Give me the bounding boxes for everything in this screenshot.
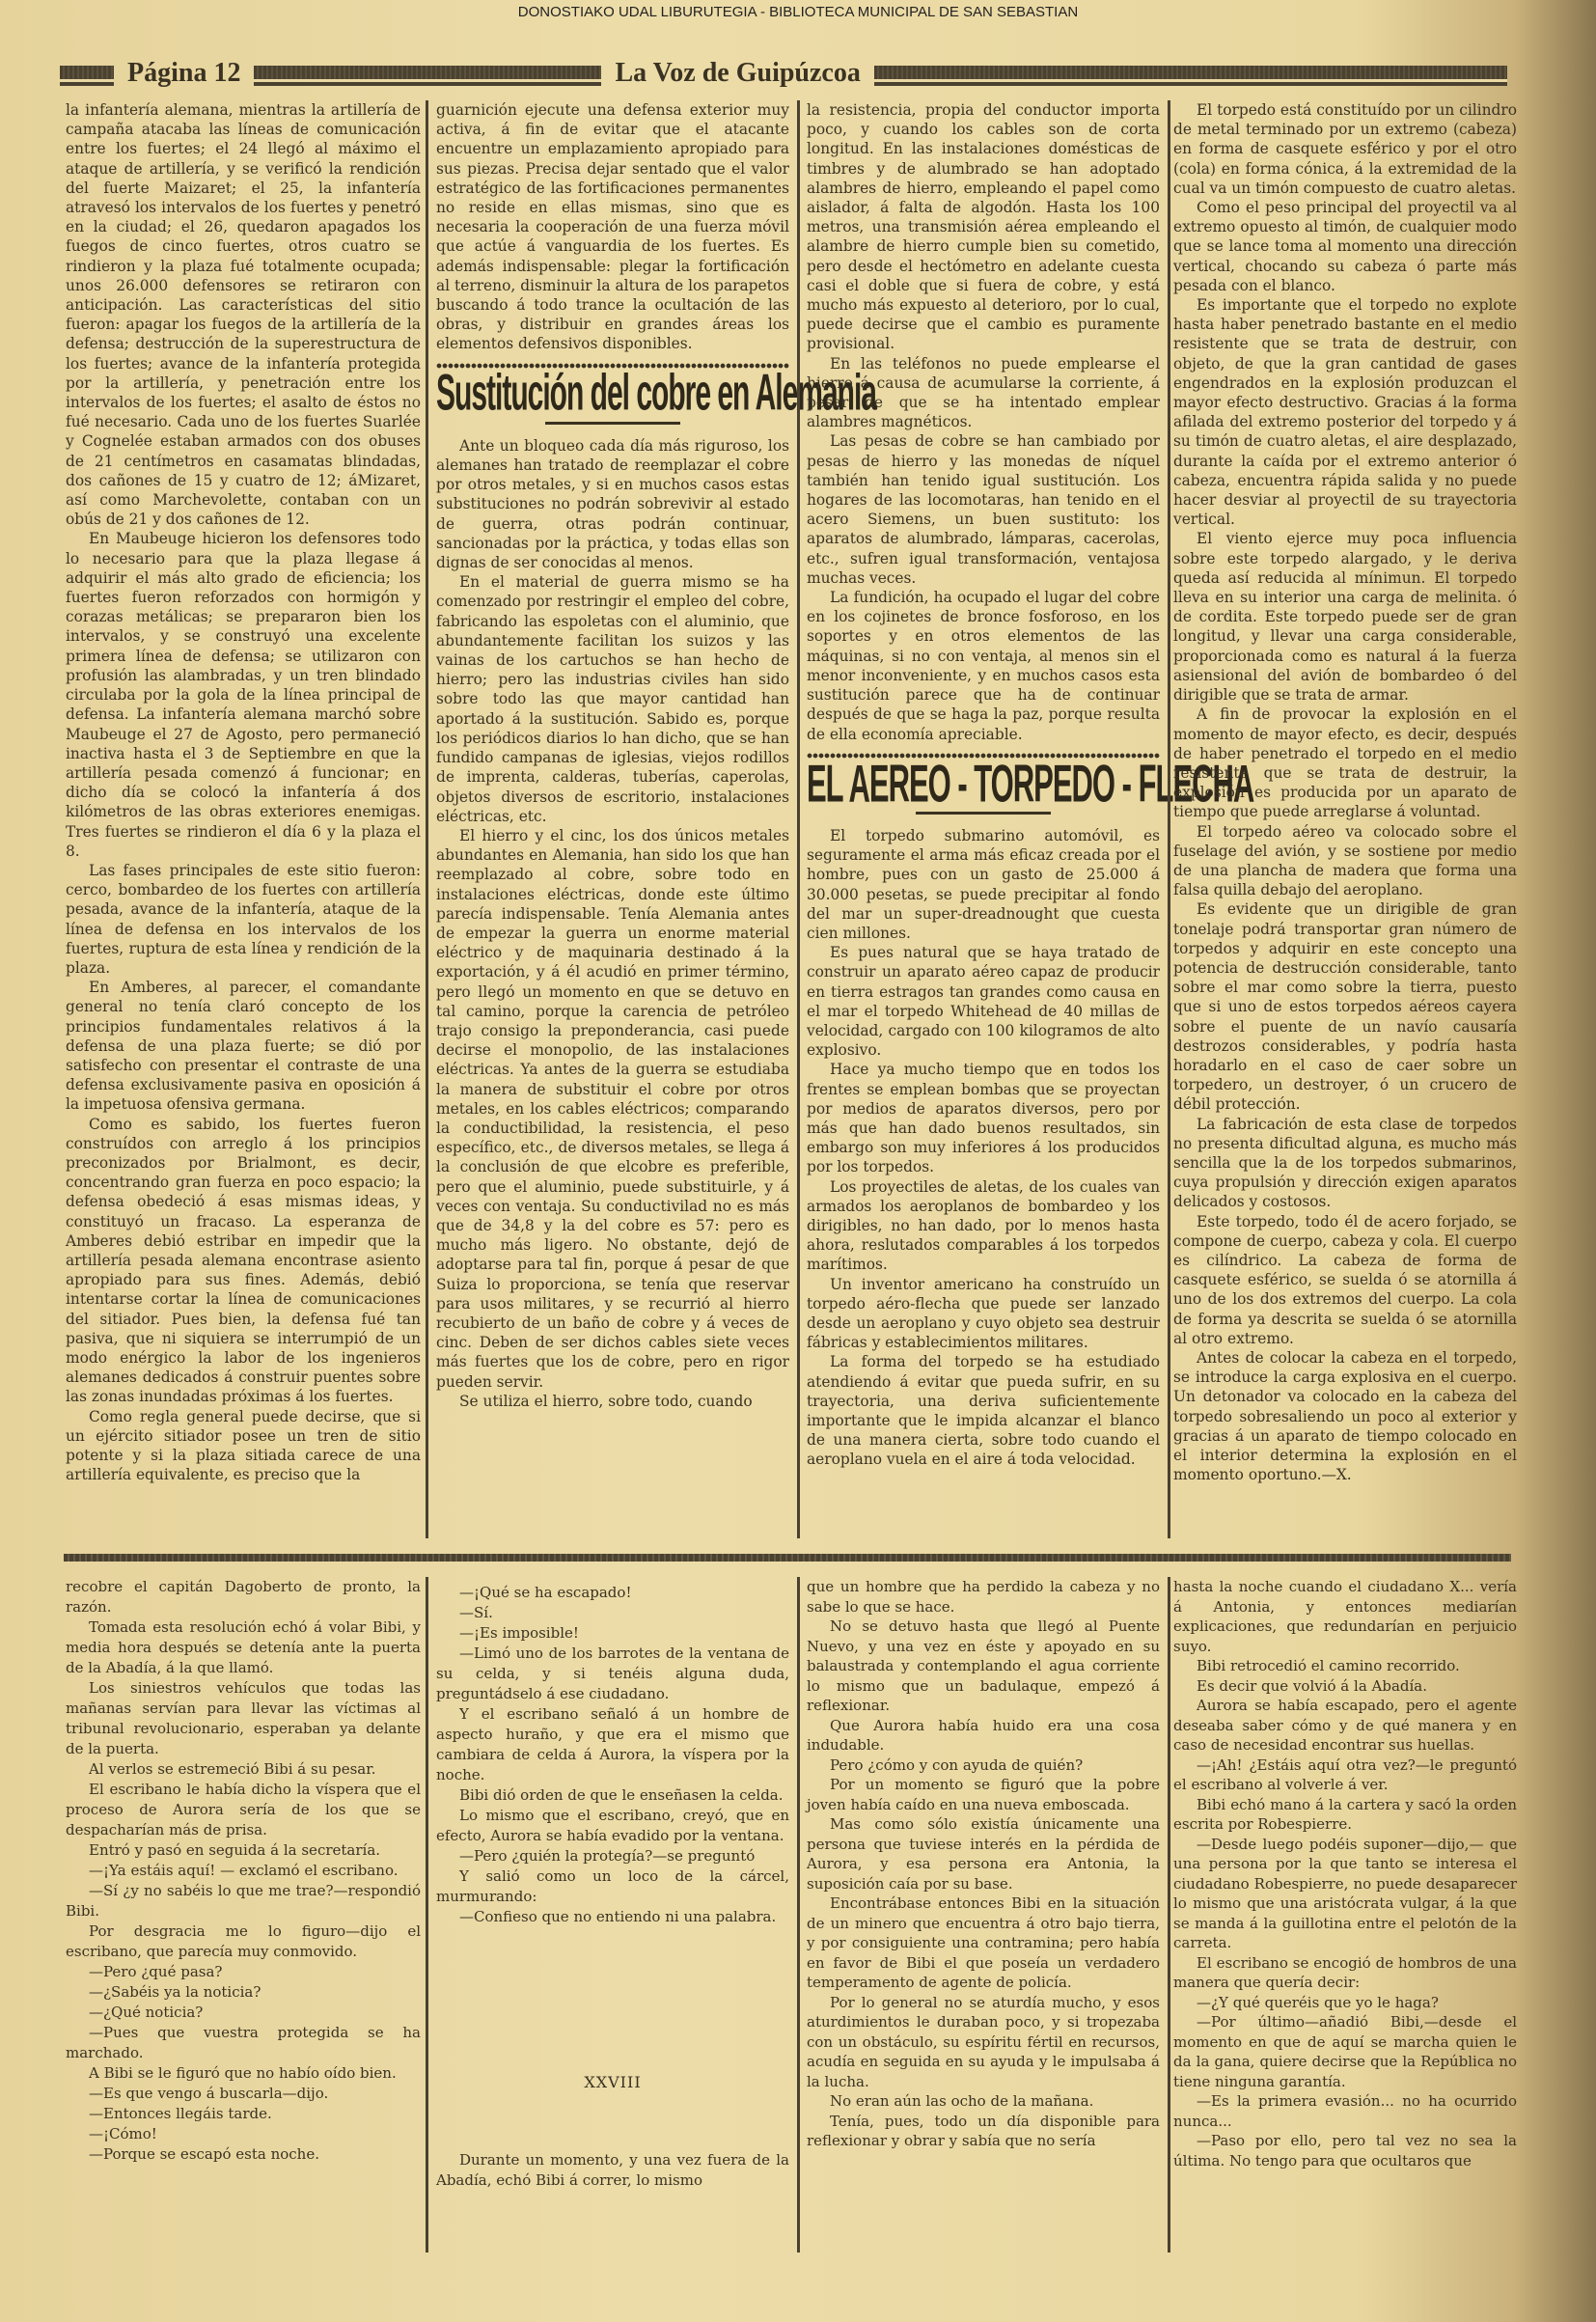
- column-divider: [1168, 1577, 1170, 2253]
- paragraph: guarnición ejecute una defensa exterior …: [436, 100, 789, 354]
- column-2: guarnición ejecute una defensa exterior …: [436, 100, 789, 1411]
- paragraph: —Sí.: [436, 1603, 789, 1623]
- paragraph: Hace ya mucho tiempo que en todos los fr…: [807, 1060, 1160, 1176]
- headline-cobre: Sustitución del cobre en Alemania: [436, 377, 789, 411]
- paragraph: Y salió como un loco de la cárcel, murmu…: [436, 1866, 789, 1907]
- paragraph: El viento ejerce muy poca influencia sob…: [1173, 529, 1517, 705]
- paragraph: Un inventor americano ha construído un t…: [807, 1275, 1160, 1353]
- paragraph: Tomada esta resolución echó á volar Bibi…: [66, 1617, 421, 1678]
- paragraph: En el material de guerra mismo se ha com…: [436, 572, 789, 826]
- paragraph: A fin de provocar la explosión en el mom…: [1173, 705, 1517, 821]
- paragraph: Los proyectiles de aletas, de los cuales…: [807, 1177, 1160, 1275]
- paragraph: Los siniestros vehículos que todas las m…: [66, 1678, 421, 1759]
- masthead: Página 12 La Voz de Guipúzcoa: [60, 58, 1507, 89]
- paragraph: —¿Y qué queréis que yo le haga?: [1173, 1993, 1517, 2013]
- paragraph: —Limó uno de los barrotes de la ventana …: [436, 1644, 789, 1704]
- page-number: Página 12: [127, 58, 240, 89]
- paragraph: No eran aún las ocho de la mañana.: [807, 2091, 1160, 2112]
- paragraph: Aurora se había escapado, pero el agente…: [1173, 1696, 1517, 1755]
- column-divider: [426, 100, 428, 1538]
- paragraph: El escribano le había dicho la víspera q…: [66, 1780, 421, 1840]
- paragraph: El torpedo aéreo va colocado sobre el fu…: [1173, 822, 1517, 900]
- paragraph: Antes de colocar la cabeza en el torpedo…: [1173, 1348, 1517, 1484]
- column-divider: [1168, 100, 1170, 1538]
- paragraph: Es decir que volvió á la Abadía.: [1173, 1676, 1517, 1697]
- serial-column-4: hasta la noche cuando el ciudadano X... …: [1173, 1577, 1517, 2170]
- serial-column-2: —¡Qué se ha escapado! —Sí. —¡Es imposibl…: [436, 1583, 789, 2191]
- paragraph: —Pues que vuestra protegida se ha marcha…: [66, 2023, 421, 2063]
- column-3: la resistencia, propia del conductor imp…: [807, 100, 1160, 1470]
- paragraph: En las teléfonos no puede emplearse el h…: [807, 354, 1160, 432]
- paragraph: Las fases principales de este sitio fuer…: [66, 861, 421, 978]
- paragraph: El hierro y el cinc, los dos únicos meta…: [436, 826, 789, 1392]
- paragraph: Por lo general no se aturdía mucho, y es…: [807, 1993, 1160, 2092]
- paragraph: Y el escribano señaló á un hombre de asp…: [436, 1704, 789, 1785]
- paragraph: No se detuvo hasta que llegó al Puente N…: [807, 1617, 1160, 1716]
- paragraph: —¿Qué noticia?: [66, 2003, 421, 2023]
- paragraph: Durante un momento, y una vez fuera de l…: [436, 2150, 789, 2191]
- paragraph: Lo mismo que el escribano, creyó, que en…: [436, 1806, 789, 1846]
- paragraph: Es importante que el torpedo no explote …: [1173, 295, 1517, 529]
- paragraph: Por desgracia me lo figuro—dijo el escri…: [66, 1921, 421, 1962]
- paragraph: —¡Ah! ¿Estáis aquí otra vez?—le preguntó…: [1173, 1755, 1517, 1795]
- paragraph: —Desde luego podéis suponer—dijo,— que u…: [1173, 1835, 1517, 1953]
- column-4: El torpedo está constituído por un cilin…: [1173, 100, 1517, 1484]
- paragraph: Las pesas de cobre se han cambiado por p…: [807, 431, 1160, 588]
- paragraph: El torpedo está constituído por un cilin…: [1173, 100, 1517, 198]
- paragraph: El escribano se encogió de hombros de un…: [1173, 1953, 1517, 1993]
- paragraph: la infantería alemana, mientras la artil…: [66, 100, 421, 529]
- paragraph: Es evidente que un dirigible de gran ton…: [1173, 899, 1517, 1114]
- paragraph: La fundición, ha ocupado el lugar del co…: [807, 588, 1160, 744]
- masthead-rule: [874, 66, 1507, 82]
- paragraph: la resistencia, propia del conductor imp…: [807, 100, 1160, 354]
- paragraph: Ante un bloqueo cada día más riguroso, l…: [436, 436, 789, 572]
- paragraph: —Porque se escapó esta noche.: [66, 2144, 421, 2165]
- paragraph: La forma del torpedo se ha estudiado ate…: [807, 1352, 1160, 1469]
- paragraph: Como el peso principal del proyectil va …: [1173, 198, 1517, 295]
- paragraph: Que Aurora había huido era una cosa indu…: [807, 1716, 1160, 1755]
- paragraph: —Por último—añadió Bibi,—desde el moment…: [1173, 2012, 1517, 2091]
- paragraph: Tenía, pues, todo un día disponible para…: [807, 2112, 1160, 2151]
- paragraph: Este torpedo, todo él de acero forjado, …: [1173, 1212, 1517, 1348]
- paragraph: que un hombre que ha perdido la cabeza y…: [807, 1577, 1160, 1617]
- paragraph: —¡Qué se ha escapado!: [436, 1583, 789, 1603]
- serial-column-1: recobre el capitán Dagoberto de pronto, …: [66, 1577, 421, 2165]
- paragraph: —Pero ¿qué pasa?: [66, 1962, 421, 1982]
- paragraph: Bibi dió orden de que le enseñasen la ce…: [436, 1785, 789, 1806]
- paragraph: Bibi echó mano á la cartera y sacó la or…: [1173, 1795, 1517, 1835]
- paragraph: Como es sabido, los fuertes fueron const…: [66, 1115, 421, 1407]
- column-1: la infantería alemana, mientras la artil…: [66, 100, 421, 1484]
- paragraph: Bibi retrocedió el camino recorrido.: [1173, 1656, 1517, 1676]
- column-divider: [426, 1577, 428, 2253]
- paragraph: En Maubeuge hicieron los defensores todo…: [66, 529, 421, 860]
- paragraph: Mas como sólo existía únicamente una per…: [807, 1814, 1160, 1894]
- paragraph: —Sí ¿y no sabéis lo que me trae?—respond…: [66, 1881, 421, 1921]
- paragraph: recobre el capitán Dagoberto de pronto, …: [66, 1577, 421, 1617]
- paragraph: Entró y pasó en seguida á la secretaría.: [66, 1840, 421, 1861]
- paragraph: —Es que vengo á buscarla—dijo.: [66, 2084, 421, 2104]
- column-divider: [797, 100, 800, 1538]
- paragraph: Se utiliza el hierro, sobre todo, cuando: [436, 1392, 789, 1411]
- masthead-rule: [254, 66, 601, 82]
- paragraph: —¡Es imposible!: [436, 1623, 789, 1644]
- paragraph: —Confieso que no entiendo ni una palabra…: [436, 1907, 789, 1927]
- newspaper-title: La Voz de Guipúzcoa: [615, 58, 860, 89]
- paragraph: —¿Sabéis ya la noticia?: [66, 1982, 421, 2003]
- masthead-rule: [60, 66, 114, 82]
- paragraph: —¡Cómo!: [66, 2124, 421, 2144]
- serial-column-3: que un hombre que ha perdido la cabeza y…: [807, 1577, 1160, 2151]
- paragraph: hasta la noche cuando el ciudadano X... …: [1173, 1577, 1517, 1656]
- paragraph: —¡Ya estáis aquí! — exclamó el escribano…: [66, 1861, 421, 1881]
- paragraph: En Amberes, al parecer, el comandante ge…: [66, 978, 421, 1114]
- paragraph: Como regla general puede decirse, que si…: [66, 1407, 421, 1485]
- newspaper-page: DONOSTIAKO UDAL LIBURUTEGIA - BIBLIOTECA…: [0, 0, 1596, 2322]
- paragraph: Por un momento se figuró que la pobre jo…: [807, 1775, 1160, 1814]
- chapter-number: XXVIII: [436, 2072, 789, 2092]
- paragraph: Es pues natural que se haya tratado de c…: [807, 943, 1160, 1060]
- paragraph: A Bibi se le figuró que no habío oído bi…: [66, 2063, 421, 2084]
- column-divider: [797, 1577, 800, 2253]
- headline-torpedo: EL AEREO - TORPEDO - FLECHA: [807, 767, 1160, 801]
- section-divider: [64, 1554, 1511, 1562]
- paragraph: El torpedo submarino automóvil, es segur…: [807, 826, 1160, 943]
- paragraph: Al verlos se estremeció Bibi á su pesar.: [66, 1759, 421, 1780]
- paragraph: —Paso por ello, pero tal vez no sea la ú…: [1173, 2131, 1517, 2170]
- paragraph: —Entonces llegáis tarde.: [66, 2104, 421, 2124]
- paragraph: La fabricación de esta clase de torpedos…: [1173, 1115, 1517, 1212]
- paragraph: Pero ¿cómo y con ayuda de quién?: [807, 1755, 1160, 1776]
- library-header: DONOSTIAKO UDAL LIBURUTEGIA - BIBLIOTECA…: [0, 4, 1596, 20]
- paragraph: —Es la primera evasión... no ha ocurrido…: [1173, 2091, 1517, 2131]
- paragraph: Encontrábase entonces Bibi en la situaci…: [807, 1894, 1160, 1993]
- headline-underline: [545, 422, 680, 425]
- paragraph: —Pero ¿quién la protegía?—se preguntó: [436, 1846, 789, 1866]
